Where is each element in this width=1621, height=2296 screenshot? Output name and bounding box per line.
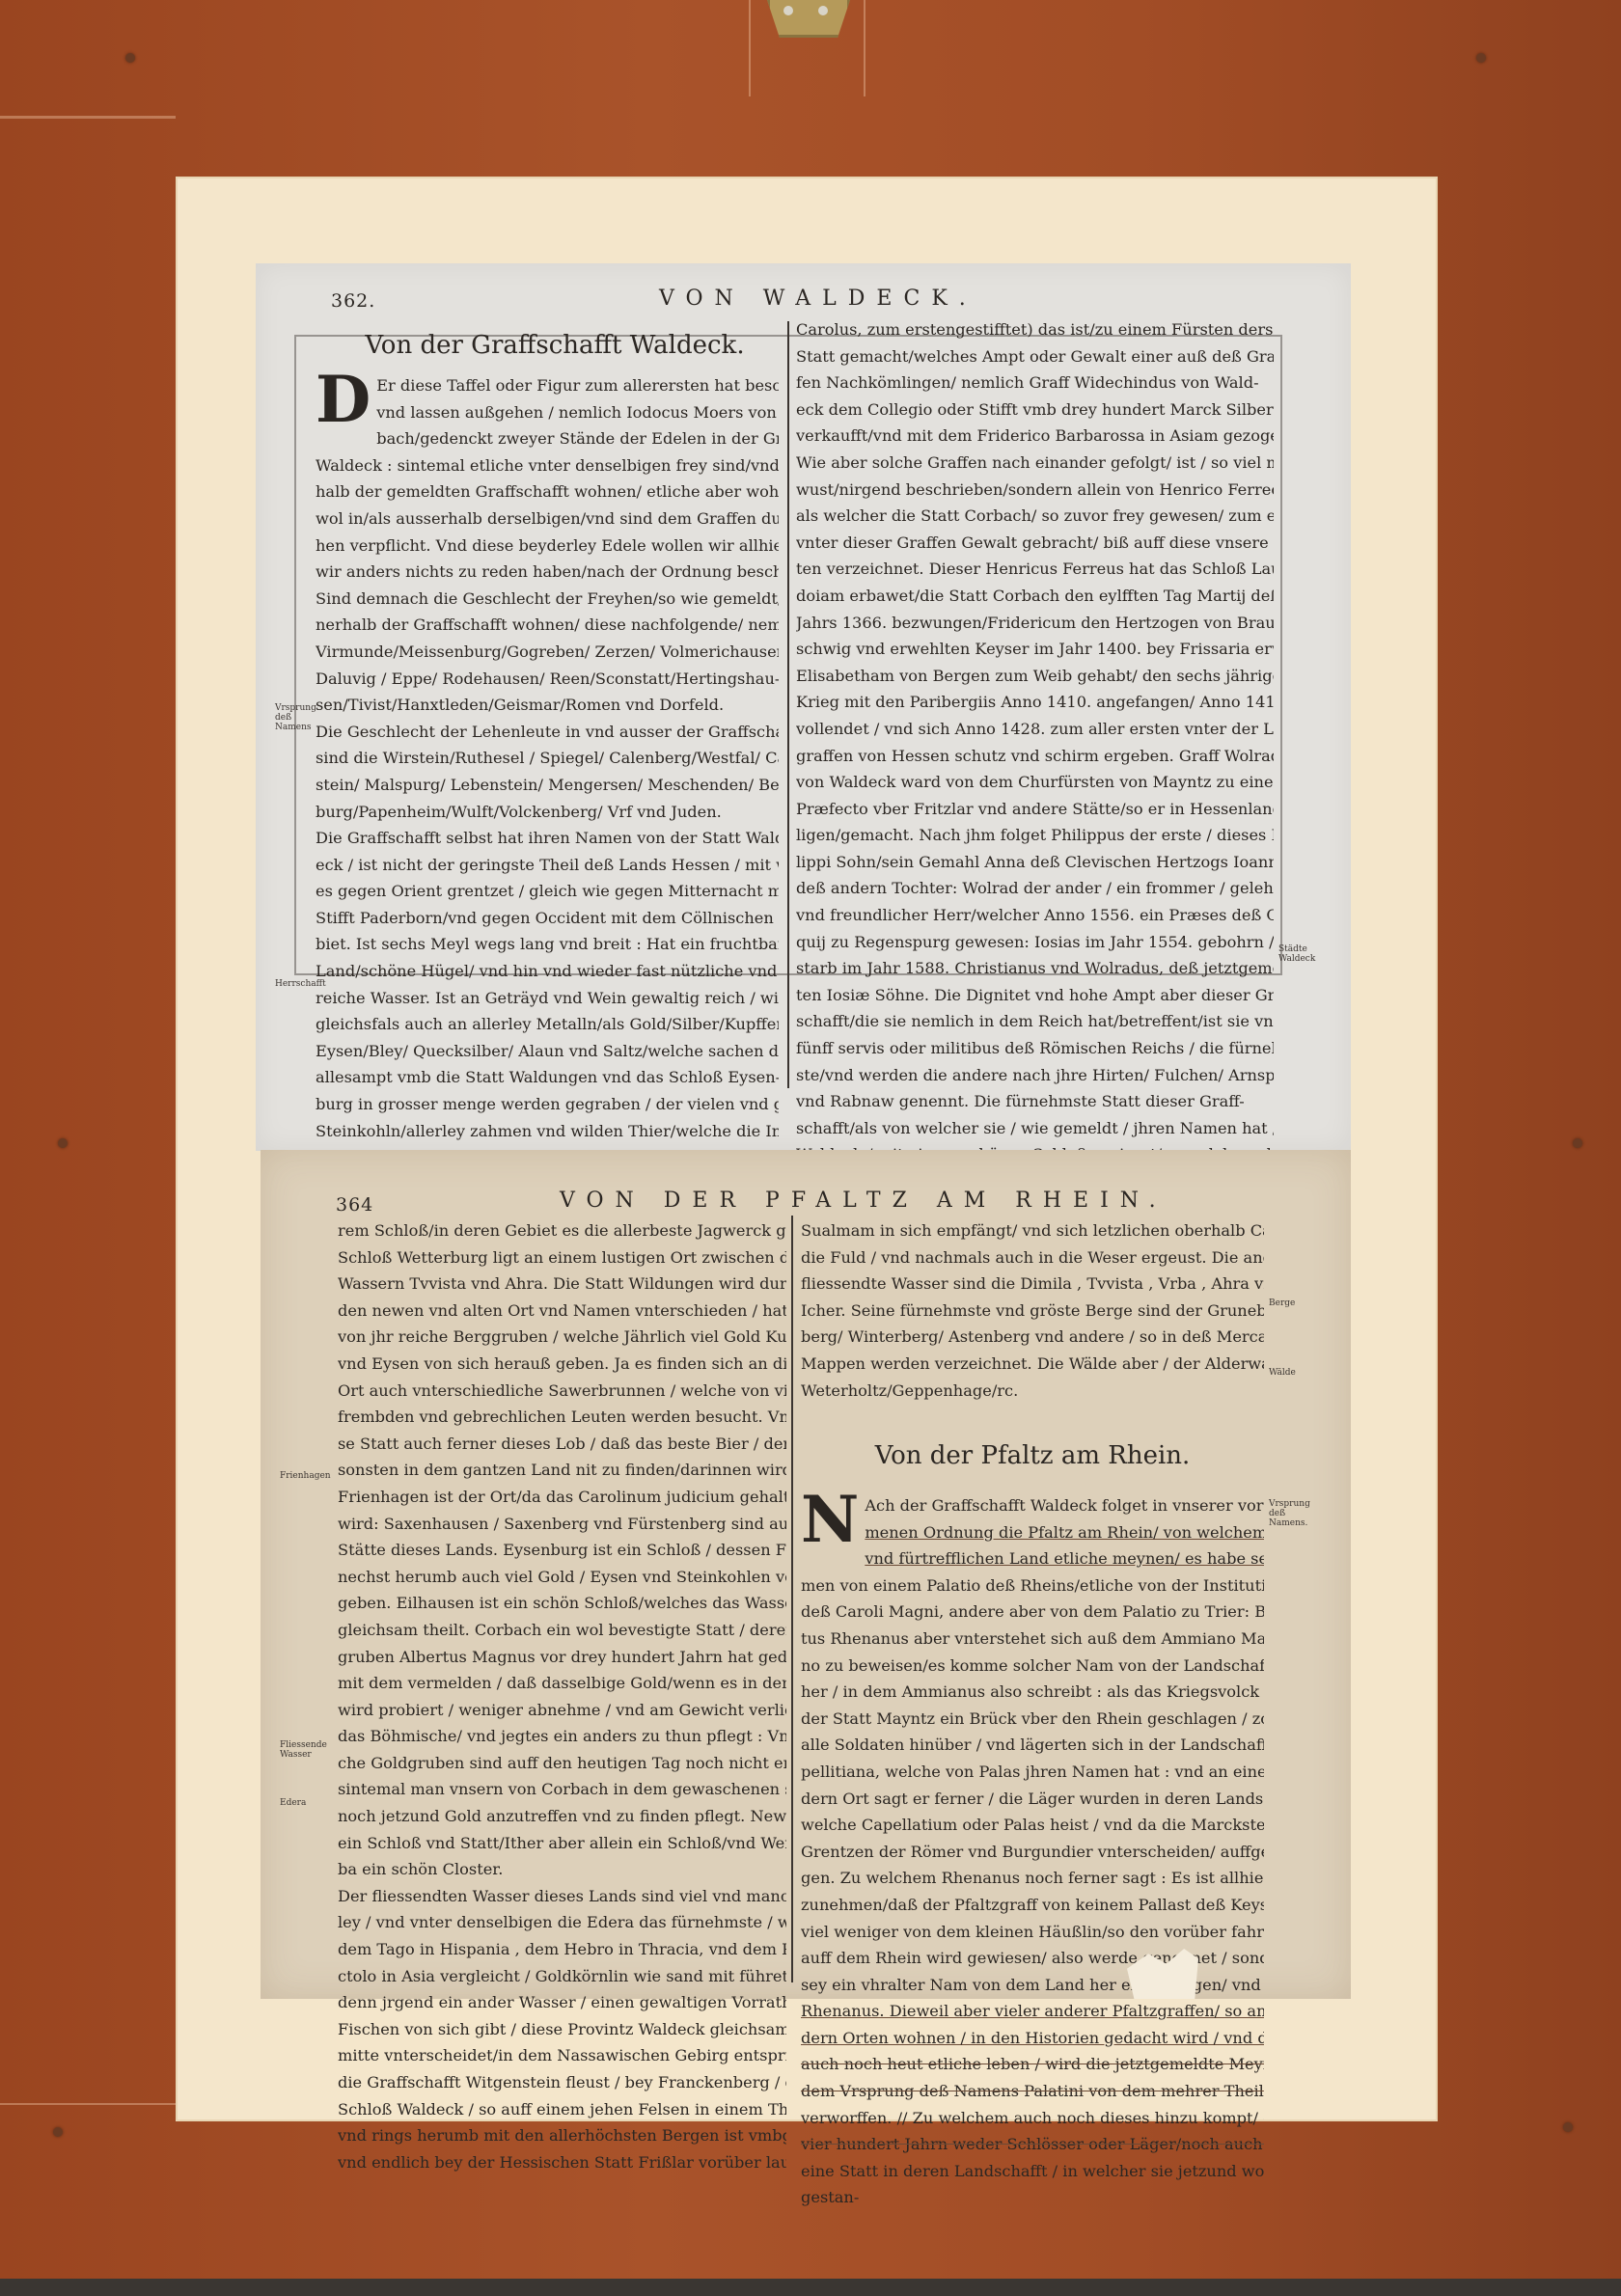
text-line: gruben Albertus Magnus vor drey hundert … bbox=[338, 1644, 786, 1671]
text-line: Sind demnach die Geschlecht der Freyhen/… bbox=[316, 586, 779, 613]
text-line: von jhr reiche Berggruben / welche Jährl… bbox=[338, 1324, 786, 1351]
text-line: Icher. Seine fürnehmste vnd gröste Berge… bbox=[801, 1298, 1264, 1325]
text-line: tus Rhenanus aber vnterstehet sich auß d… bbox=[801, 1626, 1264, 1653]
text-line: burg/Papenheim/Wulft/Volckenberg/ Vrf vn… bbox=[316, 799, 779, 826]
margin-note-mountains: Berge bbox=[1269, 1298, 1307, 1308]
page-number: 364 bbox=[336, 1194, 373, 1216]
text-line: quij zu Regenspurg gewesen: Iosias im Ja… bbox=[796, 929, 1274, 956]
margin-note-towns: Städte Waldeck bbox=[1278, 944, 1322, 964]
text-line: vier hundert Jahrn weder Schlösser oder … bbox=[801, 2131, 1264, 2158]
nail-icon bbox=[1563, 2122, 1573, 2132]
text-line: vnd lassen außgehen / nemlich Iodocus Mo… bbox=[376, 399, 779, 426]
section-title: Von der Pfaltz am Rhein. bbox=[801, 1441, 1264, 1470]
text-line: vnd freundlicher Herr/welcher Anno 1556.… bbox=[796, 902, 1274, 929]
right-column-section: N Ach der Graffschafft Waldeck folget in… bbox=[801, 1492, 1264, 2211]
text-line: ten verzeichnet. Dieser Henricus Ferreus… bbox=[796, 556, 1274, 583]
text-line: Daluvig / Eppe/ Rodehausen/ Reen/Sconsta… bbox=[316, 666, 779, 693]
text-line: doiam erbawet/die Statt Corbach den eylf… bbox=[796, 583, 1274, 610]
left-column: rem Schloß/in deren Gebiet es die allerb… bbox=[338, 1217, 786, 2175]
text-line: her / in dem Ammianus also schreibt : al… bbox=[801, 1679, 1264, 1706]
page-362: 362. VON WALDECK. Von der Graffschafft W… bbox=[256, 263, 1351, 1151]
text-line: mitte vnterscheidet/in dem Nassawischen … bbox=[338, 2042, 786, 2069]
text-line: che Goldgruben sind auff den heutigen Ta… bbox=[338, 1750, 786, 1777]
margin-note-flowing-waters: Fliessende Wasser bbox=[280, 1740, 333, 1760]
text-line: zunehmen/daß der Pfaltzgraff von keinem … bbox=[801, 1892, 1264, 1919]
page-number: 362. bbox=[331, 290, 375, 312]
text-line: Die Geschlecht der Lehenleute in vnd aus… bbox=[316, 719, 779, 746]
text-line: Grentzen der Römer vnd Burgundier vnters… bbox=[801, 1839, 1264, 1866]
text-line: Schloß Waldeck / so auff einem jehen Fel… bbox=[338, 2096, 786, 2123]
text-line: se Statt auch ferner dieses Lob / daß da… bbox=[338, 1431, 786, 1458]
text-line: mit dem vermelden / daß dasselbige Gold/… bbox=[338, 1670, 786, 1697]
text-line: Er diese Taffel oder Figur zum allererst… bbox=[376, 372, 779, 399]
text-line: graffen von Hessen schutz vnd schirm erg… bbox=[796, 743, 1274, 770]
text-line: Carolus, zum erstengestifftet) das ist/z… bbox=[796, 316, 1274, 343]
text-line: vnd Rabnaw genennt. Die fürnehmste Statt… bbox=[796, 1088, 1274, 1115]
text-line: ctolo in Asia vergleicht / Goldkörnlin w… bbox=[338, 1963, 786, 1990]
frame-seam bbox=[0, 2103, 176, 2105]
text-line: ley / vnd vnter denselbigen die Edera da… bbox=[338, 1909, 786, 1936]
text-line: fen Nachkömlingen/ nemlich Graff Widechi… bbox=[796, 369, 1274, 396]
text-line: Jahrs 1366. bezwungen/Fridericum den Her… bbox=[796, 610, 1274, 637]
text-line: stein/ Malspurg/ Lebenstein/ Mengersen/ … bbox=[316, 772, 779, 799]
text-line: ten Iosiæ Söhne. Die Dignitet vnd hohe A… bbox=[796, 982, 1274, 1009]
text-line: Præfecto vber Fritzlar vnd andere Stätte… bbox=[796, 796, 1274, 823]
text-line: Land/schöne Hügel/ vnd hin vnd wieder fa… bbox=[316, 958, 779, 985]
right-column-lines-top: Sualmam in sich empfängt/ vnd sich letzl… bbox=[801, 1217, 1264, 1404]
text-line: reiche Wasser. Ist an Geträyd vnd Wein g… bbox=[316, 985, 779, 1012]
nail-icon bbox=[1476, 53, 1486, 63]
text-line: schafft/die sie nemlich in dem Reich hat… bbox=[796, 1008, 1274, 1035]
margin-note-lordship: Herrschafft bbox=[275, 979, 318, 989]
text-line: sind die Wirstein/Ruthesel / Spiegel/ Ca… bbox=[316, 745, 779, 772]
left-column: D Er diese Taffel oder Figur zum allerer… bbox=[316, 372, 779, 1251]
text-line: eck / ist nicht der geringste Theil deß … bbox=[316, 852, 779, 879]
nail-icon bbox=[58, 1138, 68, 1148]
text-line: den newen vnd alten Ort vnd Namen vnters… bbox=[338, 1298, 786, 1325]
text-line: Ach der Graffschafft Waldeck folget in v… bbox=[865, 1492, 1264, 1519]
text-line: Waldeck : sintemal etliche vnter denselb… bbox=[316, 452, 779, 479]
text-line: wird: Saxenhausen / Saxenberg vnd Fürste… bbox=[338, 1511, 786, 1538]
text-line: ligen/gemacht. Nach jhm folget Philippus… bbox=[796, 822, 1274, 849]
text-line: rem Schloß/in deren Gebiet es die allerb… bbox=[338, 1217, 786, 1244]
text-line: vnter dieser Graffen Gewalt gebracht/ bi… bbox=[796, 530, 1274, 557]
text-line: ein Schloß vnd Statt/Ither aber allein e… bbox=[338, 1830, 786, 1857]
text-line: die Fuld / vnd nachmals auch in die Wese… bbox=[801, 1244, 1264, 1271]
text-line: vnd Eysen von sich herauß geben. Ja es f… bbox=[338, 1351, 786, 1378]
text-line: nerhalb der Graffschafft wohnen/ diese n… bbox=[316, 612, 779, 639]
text-line: eck dem Collegio oder Stifft vmb drey hu… bbox=[796, 396, 1274, 424]
text-line: gestan- bbox=[801, 2184, 1264, 2211]
text-line: deß Caroli Magni, andere aber von dem Pa… bbox=[801, 1599, 1264, 1626]
text-line: Wie aber solche Graffen nach einander ge… bbox=[796, 450, 1274, 477]
text-line: sintemal man vnsern von Corbach in dem g… bbox=[338, 1776, 786, 1803]
text-line: gleichsam theilt. Corbach ein wol bevest… bbox=[338, 1617, 786, 1644]
rivet-icon bbox=[818, 6, 828, 15]
text-line: Frienhagen ist der Ort/da das Carolinum … bbox=[338, 1484, 786, 1511]
text-line: Virmunde/Meissenburg/Gogreben/ Zerzen/ V… bbox=[316, 639, 779, 666]
text-line: wust/nirgend beschrieben/sondern allein … bbox=[796, 477, 1274, 504]
text-line: Elisabetham von Bergen zum Weib gehabt/ … bbox=[796, 663, 1274, 690]
frame-seam bbox=[864, 0, 865, 96]
right-column: Sualmam in sich empfängt/ vnd sich letzl… bbox=[801, 1217, 1264, 1404]
rivet-icon bbox=[783, 6, 793, 15]
running-head: VON DER PFALTZ AM RHEIN. bbox=[560, 1189, 1168, 1213]
drop-cap: N bbox=[801, 1492, 859, 1546]
text-line: als welcher die Statt Corbach/ so zuvor … bbox=[796, 503, 1274, 530]
text-line: dern Orten wohnen / in den Historien ged… bbox=[801, 2025, 1264, 2052]
text-line: wir anders nichts zu reden haben/nach de… bbox=[316, 559, 779, 586]
margin-note-forests: Wälde bbox=[1269, 1368, 1307, 1378]
margin-note-origin: Vrsprung deß Namens bbox=[275, 703, 318, 732]
text-line: no zu beweisen/es komme solcher Nam von … bbox=[801, 1653, 1264, 1680]
left-column-lines: Er diese Taffel oder Figur zum allererst… bbox=[316, 372, 779, 1251]
text-line: ba ein schön Closter. bbox=[338, 1856, 786, 1883]
hanger-icon bbox=[767, 0, 850, 38]
text-line: burg in grosser menge werden gegraben / … bbox=[316, 1091, 779, 1118]
section-title: Von der Graffschafft Waldeck. bbox=[323, 331, 786, 360]
text-line: denn jrgend ein ander Wasser / einen gew… bbox=[338, 1989, 786, 2016]
text-line: verworffen. // Zu welchem auch noch dies… bbox=[801, 2105, 1264, 2132]
text-line: alle Soldaten hinüber / vnd lägerten sic… bbox=[801, 1732, 1264, 1759]
frame-bottom-edge bbox=[0, 2279, 1621, 2296]
text-line: hen verpflicht. Vnd diese beyderley Edel… bbox=[316, 533, 779, 560]
page-364: 364 VON DER PFALTZ AM RHEIN. rem Schloß/… bbox=[261, 1150, 1351, 1999]
text-line: Stätte dieses Lands. Eysenburg ist ein S… bbox=[338, 1537, 786, 1564]
text-line: vnd rings herumb mit den allerhöchsten B… bbox=[338, 2122, 786, 2149]
text-line: menen Ordnung die Pfaltz am Rhein/ von w… bbox=[865, 1519, 1264, 1546]
text-line: Rhenanus. Dieweil aber vieler anderer Pf… bbox=[801, 1998, 1264, 2025]
text-line: gen. Zu welchem Rhenanus noch ferner sag… bbox=[801, 1865, 1264, 1892]
text-line: Ort auch vnterschiedliche Sawerbrunnen /… bbox=[338, 1378, 786, 1405]
text-line: wol in/als ausserhalb derselbigen/vnd si… bbox=[316, 506, 779, 533]
text-line: Weterholtz/Geppenhage/rc. bbox=[801, 1378, 1264, 1405]
text-line: schafft/als von welcher sie / wie gemeld… bbox=[796, 1115, 1274, 1142]
margin-note-edera: Edera bbox=[280, 1798, 333, 1808]
text-line: dem Tago in Hispania , dem Hebro in Thra… bbox=[338, 1936, 786, 1963]
text-line: Krieg mit den Paribergiis Anno 1410. ang… bbox=[796, 689, 1274, 716]
text-line: Stifft Paderborn/vnd gegen Occident mit … bbox=[316, 905, 779, 932]
text-line: Die Graffschafft selbst hat ihren Namen … bbox=[316, 825, 779, 852]
text-line: der Statt Mayntz ein Brück vber den Rhei… bbox=[801, 1706, 1264, 1733]
text-line: Sualmam in sich empfängt/ vnd sich letzl… bbox=[801, 1217, 1264, 1244]
text-line: sen/Tivist/Hanxtleden/Geismar/Romen vnd … bbox=[316, 692, 779, 719]
text-line: nechst herumb auch viel Gold / Eysen vnd… bbox=[338, 1564, 786, 1591]
column-rule bbox=[787, 321, 789, 1088]
text-line: Steinkohln/allerley zahmen vnd wilden Th… bbox=[316, 1118, 779, 1145]
text-line: lippi Sohn/sein Gemahl Anna deß Clevisch… bbox=[796, 849, 1274, 876]
text-line: fünff servis oder militibus deß Römische… bbox=[796, 1035, 1274, 1062]
text-line: viel weniger von dem kleinen Häußlin/so … bbox=[801, 1919, 1264, 1946]
text-line: Der fliessendten Wasser dieses Lands sin… bbox=[338, 1883, 786, 1910]
text-line: deß andern Tochter: Wolrad der ander / e… bbox=[796, 875, 1274, 902]
text-line: von Waldeck ward von dem Churfürsten von… bbox=[796, 769, 1274, 796]
text-line: dern Ort sagt er ferner / die Läger wurd… bbox=[801, 1786, 1264, 1813]
margin-note-name-origin: Vrsprung deß Namens. bbox=[1269, 1499, 1312, 1528]
text-line: vnd fürtrefflichen Land etliche meynen/ … bbox=[865, 1545, 1264, 1572]
text-line: Eysen/Bley/ Quecksilber/ Alaun vnd Saltz… bbox=[316, 1038, 779, 1065]
text-line: bach/gedenckt zweyer Stände der Edelen i… bbox=[376, 425, 779, 452]
text-line: Schloß Wetterburg ligt an einem lustigen… bbox=[338, 1244, 786, 1271]
text-line: biet. Ist sechs Meyl wegs lang vnd breit… bbox=[316, 931, 779, 958]
text-line: noch jetzund Gold anzutreffen vnd zu fin… bbox=[338, 1803, 786, 1830]
text-line: welche Capellatium oder Palas heist / vn… bbox=[801, 1812, 1264, 1839]
margin-note-frienhagen: Frienhagen bbox=[280, 1471, 333, 1481]
text-line: ste/vnd werden die andere nach jhre Hirt… bbox=[796, 1062, 1274, 1089]
text-line: vollendet / vnd sich Anno 1428. zum alle… bbox=[796, 716, 1274, 743]
text-line: vnd endlich bey der Hessischen Statt Fri… bbox=[338, 2149, 786, 2176]
text-line: berg/ Winterberg/ Astenberg vnd andere /… bbox=[801, 1324, 1264, 1351]
text-line: die Graffschafft Witgenstein fleust / be… bbox=[338, 2069, 786, 2096]
text-line: pellitiana, welche von Palas jhren Namen… bbox=[801, 1759, 1264, 1786]
nail-icon bbox=[1573, 1138, 1582, 1148]
text-line: sonsten in dem gantzen Land nit zu finde… bbox=[338, 1457, 786, 1484]
text-line: Fischen von sich gibt / diese Provintz W… bbox=[338, 2016, 786, 2043]
nail-icon bbox=[125, 53, 135, 63]
left-column-lines: rem Schloß/in deren Gebiet es die allerb… bbox=[338, 1217, 786, 2175]
text-line: das Böhmische/ vnd jegtes ein anders zu … bbox=[338, 1723, 786, 1750]
nail-icon bbox=[53, 2127, 63, 2137]
text-line: men von einem Palatio deß Rheins/etliche… bbox=[801, 1572, 1264, 1599]
column-rule bbox=[791, 1216, 793, 1982]
text-line: allesampt vmb die Statt Waldungen vnd da… bbox=[316, 1064, 779, 1091]
text-line: eine Statt in deren Landschafft / in wel… bbox=[801, 2158, 1264, 2185]
text-line: dem Vrsprung deß Namens Palatini von dem… bbox=[801, 2078, 1264, 2105]
text-line: verkaufft/vnd mit dem Friderico Barbaros… bbox=[796, 423, 1274, 450]
text-line: schwig vnd erwehlten Keyser im Jahr 1400… bbox=[796, 636, 1274, 663]
text-line: starb im Jahr 1588. Christianus vnd Wolr… bbox=[796, 955, 1274, 982]
text-line: wird probiert / weniger abnehme / vnd am… bbox=[338, 1697, 786, 1724]
text-line: Wassern Tvvista vnd Ahra. Die Statt Wild… bbox=[338, 1271, 786, 1298]
text-line: Statt gemacht/welches Ampt oder Gewalt e… bbox=[796, 343, 1274, 370]
text-line: Mappen werden verzeichnet. Die Wälde abe… bbox=[801, 1351, 1264, 1378]
text-line: halb der gemeldten Graffschafft wohnen/ … bbox=[316, 478, 779, 506]
frame-seam bbox=[749, 0, 751, 96]
text-line: geben. Eilhausen ist ein schön Schloß/we… bbox=[338, 1590, 786, 1617]
text-line: fliessendte Wasser sind die Dimila , Tvv… bbox=[801, 1271, 1264, 1298]
text-line: auch noch heut etliche leben / wird die … bbox=[801, 2051, 1264, 2078]
drop-cap: D bbox=[316, 372, 371, 426]
text-line: es gegen Orient grentzet / gleich wie ge… bbox=[316, 878, 779, 905]
running-head: VON WALDECK. bbox=[659, 287, 977, 311]
text-line: gleichsfals auch an allerley Metalln/als… bbox=[316, 1011, 779, 1038]
frame-seam bbox=[0, 116, 176, 119]
right-column-lines-bottom: Ach der Graffschafft Waldeck folget in v… bbox=[801, 1492, 1264, 2211]
text-line: frembden vnd gebrechlichen Leuten werden… bbox=[338, 1404, 786, 1431]
